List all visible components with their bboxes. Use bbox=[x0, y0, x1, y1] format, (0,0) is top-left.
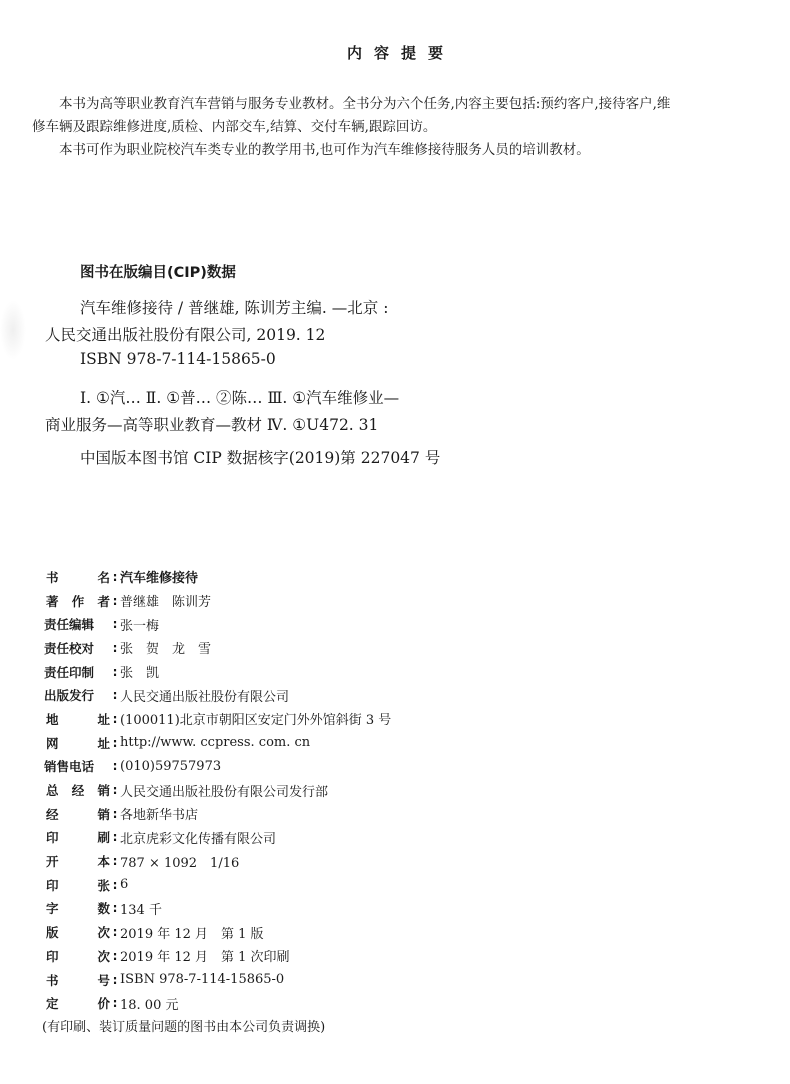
colophon-row: 责任校对:张 贺 龙 雪 bbox=[44, 636, 391, 660]
cip-line-title: 汽车维修接待 / 普继雄, 陈训芳主编. —北京 : bbox=[80, 296, 388, 318]
colophon-label: 版次 bbox=[44, 923, 110, 941]
colophon-label: 责任校对 bbox=[44, 639, 110, 657]
cip-line-classification-1: Ⅰ. ①汽… Ⅱ. ①普… ②陈… Ⅲ. ①汽车维修业— bbox=[80, 386, 399, 408]
colophon-colon: : bbox=[110, 973, 120, 987]
colophon-label-char: 经 bbox=[72, 781, 85, 799]
colophon-label: 地址 bbox=[44, 710, 110, 728]
colophon-colon: : bbox=[110, 878, 120, 892]
colophon-row: 印张:6 bbox=[44, 873, 391, 897]
colophon-value: 普继雄 陈训芳 bbox=[120, 591, 211, 610]
colophon-value: (100011)北京市朝阳区安定门外外馆斜街 3 号 bbox=[120, 709, 391, 728]
colophon-value: 2019 年 12 月 第 1 版 bbox=[120, 923, 264, 942]
colophon-label-char: 址 bbox=[97, 710, 110, 728]
colophon-value: 134 千 bbox=[120, 899, 162, 918]
colophon-label-char: 作 bbox=[72, 592, 85, 610]
colophon-colon: : bbox=[110, 617, 120, 631]
colophon-label-char: 销 bbox=[97, 781, 110, 799]
colophon-colon: : bbox=[110, 712, 120, 726]
colophon-value: 北京虎彩文化传播有限公司 bbox=[120, 828, 276, 847]
colophon-label-char: 字 bbox=[46, 899, 59, 917]
colophon-colon: : bbox=[110, 854, 120, 868]
colophon: 书名:汽车维修接待著作者:普继雄 陈训芳责任编辑:张一梅责任校对:张 贺 龙 雪… bbox=[44, 565, 391, 1035]
colophon-label-char: 出版发行 bbox=[44, 686, 94, 704]
colophon-colon: : bbox=[110, 807, 120, 821]
colophon-value: 人民交通出版社股份有限公司发行部 bbox=[120, 781, 328, 800]
cip-line-isbn: ISBN 978-7-114-15865-0 bbox=[80, 350, 276, 368]
colophon-row: 网址:http://www. ccpress. com. cn bbox=[44, 731, 391, 755]
colophon-label: 总经销 bbox=[44, 781, 110, 799]
colophon-colon: : bbox=[110, 759, 120, 773]
colophon-label-char: 地 bbox=[46, 710, 59, 728]
colophon-label: 印张 bbox=[44, 876, 110, 894]
colophon-label: 印次 bbox=[44, 947, 110, 965]
colophon-row: 地址:(100011)北京市朝阳区安定门外外馆斜街 3 号 bbox=[44, 707, 391, 731]
colophon-label: 字数 bbox=[44, 899, 110, 917]
colophon-label-char: 销售电话 bbox=[44, 757, 94, 775]
colophon-label-char: 销 bbox=[97, 805, 110, 823]
colophon-row: 经销:各地新华书店 bbox=[44, 802, 391, 826]
colophon-label: 责任印制 bbox=[44, 663, 110, 681]
cip-line-publisher: 人民交通出版社股份有限公司, 2019. 12 bbox=[45, 323, 325, 345]
colophon-row: 书号:ISBN 978-7-114-15865-0 bbox=[44, 968, 391, 992]
colophon-label-char: 价 bbox=[97, 994, 110, 1012]
colophon-label: 书号 bbox=[44, 971, 110, 989]
colophon-value: 张 凯 bbox=[120, 662, 159, 681]
colophon-value: 汽车维修接待 bbox=[120, 567, 198, 586]
colophon-row: 书名:汽车维修接待 bbox=[44, 565, 391, 589]
scan-artifact bbox=[0, 300, 26, 360]
cip-line-record-number: 中国版本图书馆 CIP 数据核字(2019)第 227047 号 bbox=[80, 446, 440, 468]
summary-title: 内容提要 bbox=[0, 42, 790, 63]
colophon-row: 销售电话:(010)59757973 bbox=[44, 755, 391, 779]
colophon-label-char: 次 bbox=[97, 923, 110, 941]
colophon-label: 责任编辑 bbox=[44, 615, 110, 633]
colophon-label-char: 印 bbox=[46, 947, 59, 965]
colophon-label-char: 名 bbox=[97, 568, 110, 586]
colophon-label-char: 刷 bbox=[97, 828, 110, 846]
colophon-label-char: 版 bbox=[46, 923, 59, 941]
colophon-label-char: 张 bbox=[97, 876, 110, 894]
colophon-colon: : bbox=[110, 594, 120, 608]
colophon-row: 责任编辑:张一梅 bbox=[44, 612, 391, 636]
colophon-value: ISBN 978-7-114-15865-0 bbox=[120, 972, 284, 987]
colophon-colon: : bbox=[110, 570, 120, 584]
summary-paragraph-1: 本书为高等职业教育汽车营销与服务专业教材。全书分为六个任务,内容主要包括:预约客… bbox=[32, 93, 672, 139]
colophon-label-char: 经 bbox=[46, 805, 59, 823]
cip-line-classification-2: 商业服务—高等职业教育—教材 Ⅳ. ①U472. 31 bbox=[45, 413, 378, 435]
colophon-row: 总经销:人民交通出版社股份有限公司发行部 bbox=[44, 778, 391, 802]
colophon-row: 出版发行:人民交通出版社股份有限公司 bbox=[44, 683, 391, 707]
colophon-label-char: 责任校对 bbox=[44, 639, 94, 657]
colophon-label: 网址 bbox=[44, 734, 110, 752]
colophon-colon: : bbox=[110, 949, 120, 963]
colophon-value: 张 贺 龙 雪 bbox=[120, 638, 211, 657]
cip-heading: 图书在版编目(CIP)数据 bbox=[80, 261, 236, 282]
colophon-label-char: 印 bbox=[46, 828, 59, 846]
colophon-row: 印刷:北京虎彩文化传播有限公司 bbox=[44, 826, 391, 850]
colophon-label: 开本 bbox=[44, 852, 110, 870]
colophon-colon: : bbox=[110, 996, 120, 1010]
colophon-value: 18. 00 元 bbox=[120, 994, 178, 1013]
colophon-row: 开本:787 × 1092 1/16 bbox=[44, 849, 391, 873]
summary-paragraph-2: 本书可作为职业院校汽车类专业的教学用书,也可作为汽车维修接待服务人员的培训教材。 bbox=[32, 139, 672, 162]
colophon-colon: : bbox=[110, 783, 120, 797]
colophon-note: (有印刷、装订质量问题的图书由本公司负责调换) bbox=[42, 1016, 391, 1035]
colophon-value: (010)59757973 bbox=[120, 759, 221, 774]
colophon-label-char: 数 bbox=[97, 899, 110, 917]
colophon-label-char: 本 bbox=[97, 852, 110, 870]
colophon-label: 出版发行 bbox=[44, 686, 110, 704]
colophon-label-char: 责任印制 bbox=[44, 663, 94, 681]
colophon-label-char: 责任编辑 bbox=[44, 615, 94, 633]
colophon-label-char: 书 bbox=[46, 568, 59, 586]
colophon-label-char: 次 bbox=[97, 947, 110, 965]
colophon-label-char: 定 bbox=[46, 994, 59, 1012]
colophon-label: 著作者 bbox=[44, 592, 110, 610]
colophon-label: 销售电话 bbox=[44, 757, 110, 775]
colophon-value: 人民交通出版社股份有限公司 bbox=[120, 686, 289, 705]
colophon-colon: : bbox=[110, 665, 120, 679]
colophon-label-char: 总 bbox=[46, 781, 59, 799]
colophon-label: 书名 bbox=[44, 568, 110, 586]
colophon-label-char: 印 bbox=[46, 876, 59, 894]
colophon-colon: : bbox=[110, 925, 120, 939]
colophon-label-char: 书 bbox=[46, 971, 59, 989]
colophon-label-char: 号 bbox=[97, 971, 110, 989]
colophon-colon: : bbox=[110, 830, 120, 844]
colophon-row: 版次:2019 年 12 月 第 1 版 bbox=[44, 920, 391, 944]
colophon-colon: : bbox=[110, 736, 120, 750]
colophon-label-char: 者 bbox=[97, 592, 110, 610]
colophon-value: 787 × 1092 1/16 bbox=[120, 852, 239, 871]
colophon-value: 各地新华书店 bbox=[120, 804, 198, 823]
colophon-label: 定价 bbox=[44, 994, 110, 1012]
colophon-row: 字数:134 千 bbox=[44, 897, 391, 921]
colophon-label-char: 网 bbox=[46, 734, 59, 752]
colophon-label-char: 开 bbox=[46, 852, 59, 870]
colophon-row: 责任印制:张 凯 bbox=[44, 660, 391, 684]
colophon-colon: : bbox=[110, 641, 120, 655]
colophon-label: 经销 bbox=[44, 805, 110, 823]
colophon-value: 6 bbox=[120, 877, 128, 892]
colophon-colon: : bbox=[110, 688, 120, 702]
colophon-label-char: 著 bbox=[46, 592, 59, 610]
colophon-value: 张一梅 bbox=[120, 615, 159, 634]
colophon-value: http://www. ccpress. com. cn bbox=[120, 735, 310, 750]
colophon-row: 著作者:普继雄 陈训芳 bbox=[44, 589, 391, 613]
colophon-value: 2019 年 12 月 第 1 次印刷 bbox=[120, 946, 290, 965]
colophon-label-char: 址 bbox=[97, 734, 110, 752]
colophon-colon: : bbox=[110, 901, 120, 915]
colophon-row: 印次:2019 年 12 月 第 1 次印刷 bbox=[44, 944, 391, 968]
colophon-label: 印刷 bbox=[44, 828, 110, 846]
colophon-row: 定价:18. 00 元 bbox=[44, 991, 391, 1015]
